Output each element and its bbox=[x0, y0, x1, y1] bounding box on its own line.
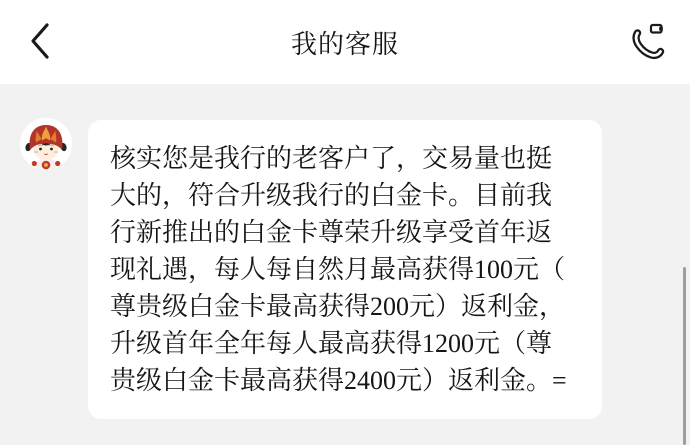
chat-area: 核实您是我行的老客户了，交易量也挺 大的，符合升级我行的白金卡。目前我 行新推出… bbox=[0, 84, 690, 445]
customer-service-screen: 我的客服 bbox=[0, 0, 690, 445]
agent-avatar bbox=[20, 118, 72, 170]
page-title: 我的客服 bbox=[0, 0, 690, 84]
message-text: 核实您是我行的老客户了，交易量也挺 大的，符合升级我行的白金卡。目前我 行新推出… bbox=[110, 140, 580, 399]
bank-mascot-icon bbox=[20, 118, 72, 170]
message-bubble: 核实您是我行的老客户了，交易量也挺 大的，符合升级我行的白金卡。目前我 行新推出… bbox=[88, 120, 602, 419]
call-button[interactable] bbox=[620, 16, 672, 68]
phone-call-icon bbox=[625, 20, 667, 65]
navigation-bar: 我的客服 bbox=[0, 0, 690, 84]
message-row: 核实您是我行的老客户了，交易量也挺 大的，符合升级我行的白金卡。目前我 行新推出… bbox=[0, 84, 690, 419]
scrollbar-thumb[interactable] bbox=[683, 267, 686, 445]
